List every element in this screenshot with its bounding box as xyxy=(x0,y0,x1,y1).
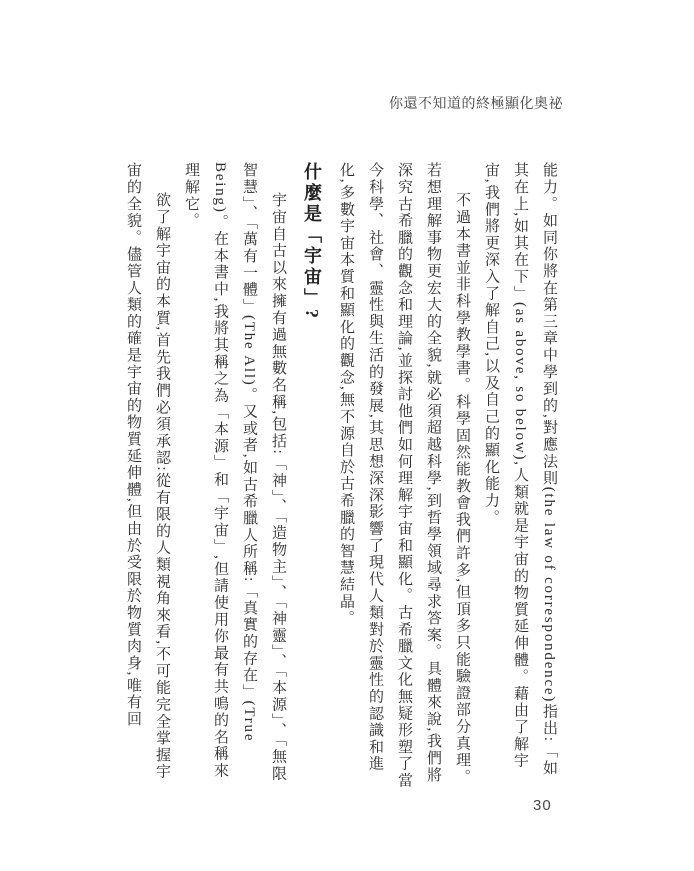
page-number: 30 xyxy=(533,797,552,814)
main-text-block: 能力。如同你將在第三章中學到的,對應法則(the law of correspo… xyxy=(118,162,563,790)
paragraph-science-limits: 不過本書並非科學教學書。科學固然能教會我們許多,但頂多只能驗證部分真理。若想理解… xyxy=(331,162,476,790)
paragraph-correspondence-law: 能力。如同你將在第三章中學到的,對應法則(the law of correspo… xyxy=(476,162,563,790)
paragraph-universe-names: 宇宙自古以來擁有過無數名稱,包括:「神」、「造物主」、「神靈」、「本源」、「無限… xyxy=(176,162,292,790)
book-page: 你還不知道的終極顯化奧祕 能力。如同你將在第三章中學到的,對應法則(the la… xyxy=(0,0,694,871)
section-heading-what-is-universe: 什麼是「宇宙」? xyxy=(295,162,328,790)
running-head: 你還不知道的終極顯化奧祕 xyxy=(389,96,563,113)
paragraph-human-perspective: 欲了解宇宙的本質,首先我們必須承認:從有限的人類視角來看,不可能完全掌握宇宙的全… xyxy=(118,162,176,790)
